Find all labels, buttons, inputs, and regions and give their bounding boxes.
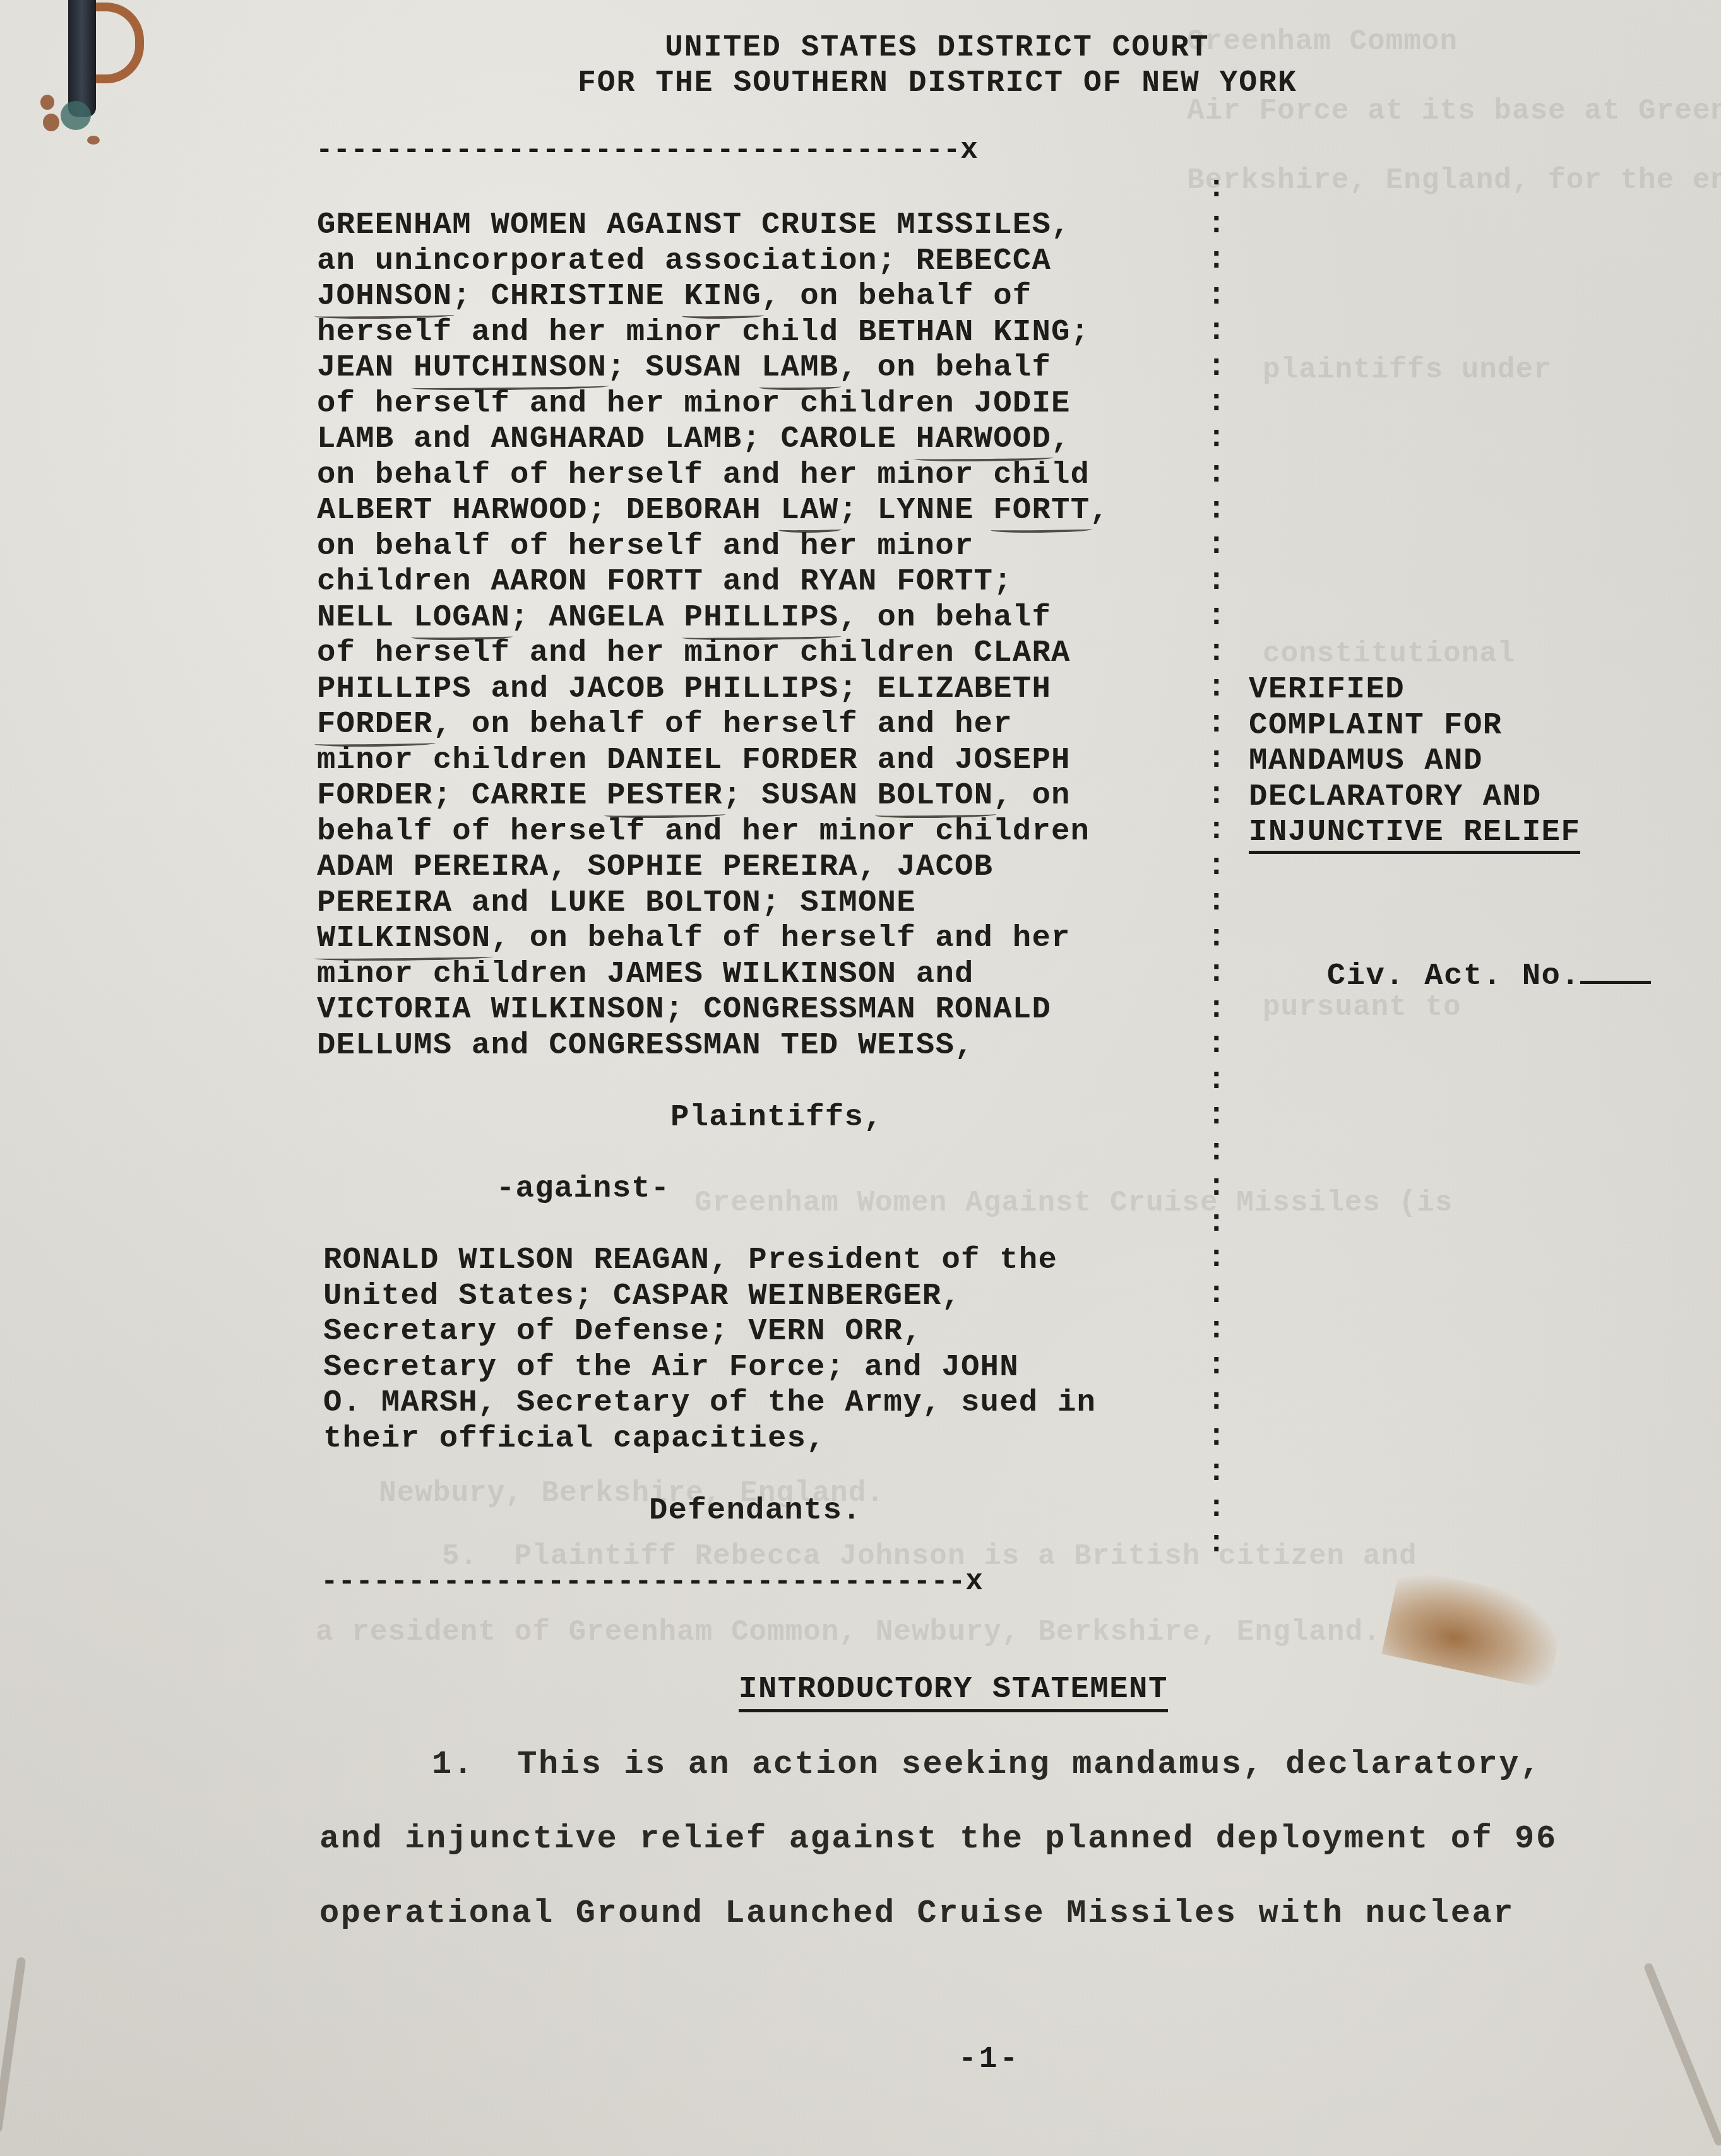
plaintiff-line: an unincorporated association; REBECCA [317,243,1051,278]
plaintiff-line: DELLUMS and CONGRESSMAN TED WEISS, [317,1028,974,1063]
rust-spot-icon [43,114,59,131]
plaintiff-line: WILKINSON, on behalf of herself and her [317,920,1071,956]
page-number: -1- [958,2042,1020,2076]
defendants-label: Defendants. [649,1493,862,1528]
plaintiff-line: behalf of herself and her minor children [317,814,1090,849]
against-label: -against- [496,1171,670,1206]
rust-spot-icon [87,136,100,145]
plaintiff-line: ALBERT HARWOOD; DEBORAH LAW; LYNNE FORTT… [317,492,1109,528]
rust-stain-icon [95,3,144,83]
coffee-stain-icon [1381,1567,1566,1689]
civil-action-label: Civ. Act. No. [1327,958,1581,993]
defendant-line: O. MARSH, Secretary of the Army, sued in [323,1385,1096,1420]
defendant-line: Secretary of the Air Force; and JOHN [323,1349,1019,1385]
plaintiffs-label: Plaintiffs, [670,1099,883,1135]
document-title-line: COMPLAINT FOR [1249,708,1503,743]
plaintiff-line: herself and her minor child BETHAN KING; [317,314,1090,350]
paragraph-line: operational Ground Launched Cruise Missi… [319,1895,1515,1932]
defendant-line: Secretary of Defense; VERN ORR, [323,1313,922,1349]
paper-crease-icon [1643,1962,1721,2147]
plaintiff-line: JOHNSON; CHRISTINE KING, on behalf of [317,278,1032,314]
staple-icon [68,0,96,117]
plaintiff-line: children AARON FORTT and RYAN FORTT; [317,564,1013,599]
plaintiff-line: PHILLIPS and JACOB PHILLIPS; ELIZABETH [317,671,1051,706]
document-title-line: MANDAMUS AND [1249,743,1483,778]
plaintiff-line: minor children DANIEL FORDER and JOSEPH [317,742,1071,778]
plaintiff-line: JEAN HUTCHINSON; SUSAN LAMB, on behalf [317,350,1051,385]
caption-rule-bottom: -------------------------------------x [321,1565,983,1598]
defendant-line: United States; CASPAR WEINBERGER, [323,1278,961,1313]
paragraph-line: and injunctive relief against the planne… [319,1820,1557,1857]
plaintiff-line: LAMB and ANGHARAD LAMB; CAROLE HARWOOD, [317,421,1071,456]
pen-underline-icon [991,526,1092,533]
plaintiff-line: NELL LOGAN; ANGELA PHILLIPS, on behalf [317,600,1051,635]
plaintiff-line: of herself and her minor children CLARA [317,635,1071,670]
plaintiff-line: PEREIRA and LUKE BOLTON; SIMONE [317,885,916,920]
plaintiff-line: FORDER, on behalf of herself and her [317,706,1013,742]
plaintiff-line: of herself and her minor children JODIE [317,386,1071,421]
court-district: FOR THE SOUTHERN DISTRICT OF NEW YORK [578,66,1297,101]
document-page: Greenham Common States Air Force at its … [0,0,1721,2156]
plaintiff-line: ADAM PEREIRA, SOPHIE PEREIRA, JACOB [317,849,993,884]
court-name: UNITED STATES DISTRICT COURT [665,30,1210,66]
document-title-line: VERIFIED [1249,672,1405,707]
document-title-line: DECLARATORY AND [1249,779,1542,814]
section-heading: INTRODUCTORY STATEMENT [739,1671,1168,1712]
document-title-line: INJUNCTIVE RELIEF [1249,814,1580,850]
plaintiff-line: on behalf of herself and her minor [317,528,974,564]
defendant-line: RONALD WILSON REAGAN, President of the [323,1242,1057,1277]
caption-colon-column: : : : : : : : : : : : : : : : : : : : : … [1207,170,1225,1561]
paragraph-line: 1. This is an action seeking mandamus, d… [432,1746,1542,1783]
plaintiff-line: FORDER; CARRIE PESTER; SUSAN BOLTON, on [317,778,1071,813]
caption-rule-top: -------------------------------------x [316,134,978,167]
rust-spot-icon [40,95,54,110]
defendant-line: their official capacities, [323,1421,826,1456]
staple-corrosion-icon [61,101,91,130]
plaintiff-line: minor children JAMES WILKINSON and [317,956,974,992]
paper-crease-icon [0,1957,26,2133]
civil-action-blank[interactable] [1580,956,1651,984]
plaintiff-line: VICTORIA WILKINSON; CONGRESSMAN RONALD [317,992,1051,1027]
plaintiff-line: on behalf of herself and her minor child [317,457,1090,492]
plaintiff-line: GREENHAM WOMEN AGAINST CRUISE MISSILES, [317,207,1071,242]
civil-action-number[interactable]: Civ. Act. No. [1249,920,1651,1029]
